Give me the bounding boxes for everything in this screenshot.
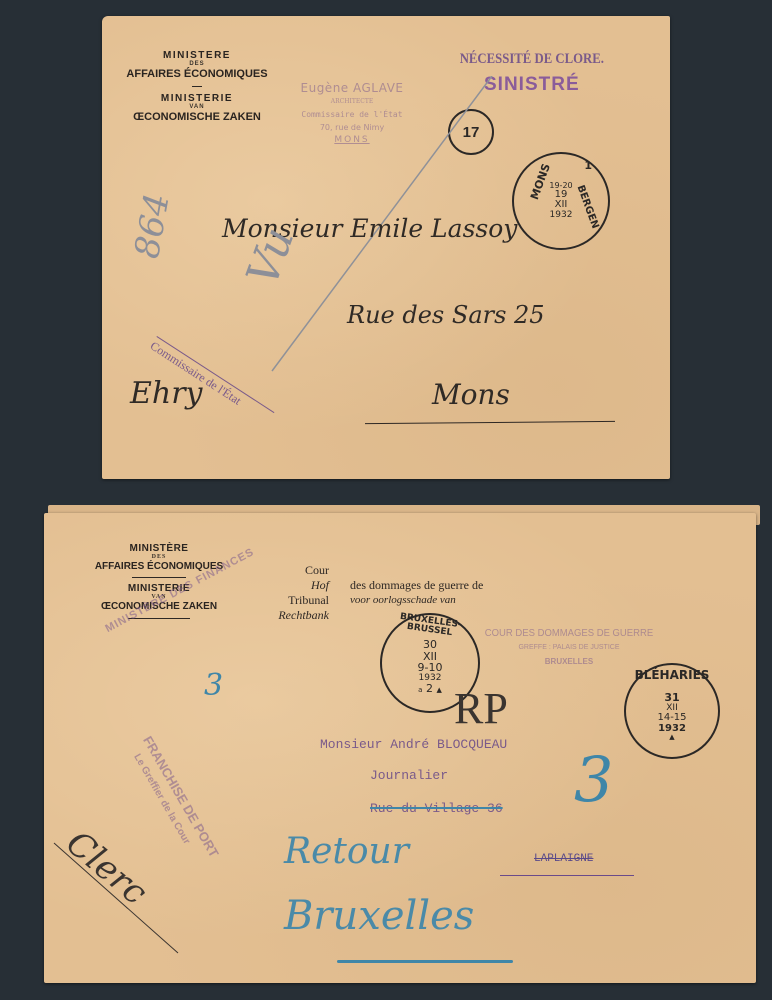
letterhead-top: MINISTERE DES AFFAIRES ÉCONOMIQUES MINIS… xyxy=(122,50,272,123)
letterhead-line: MINISTÈRE xyxy=(84,543,234,554)
return-note-line2: Bruxelles xyxy=(284,893,474,939)
court-header-right: des dommages de guerre de voor oorlogssc… xyxy=(350,578,483,608)
signature: Ehry xyxy=(130,376,203,411)
postmark-letter: a xyxy=(418,686,422,694)
divider xyxy=(192,86,202,87)
letterhead-line: ŒCONOMISCHE ZAKEN xyxy=(122,111,272,123)
letterhead-line: MINISTERE xyxy=(122,50,272,61)
postmark-office: 1 xyxy=(584,160,592,172)
court-hof: Hof xyxy=(249,578,329,593)
address-line2: Rue des Sars 25 xyxy=(347,301,545,329)
envelope-top: MINISTERE DES AFFAIRES ÉCONOMIQUES MINIS… xyxy=(102,16,670,479)
typed-address-line3: Rue du Village 36 xyxy=(370,801,503,816)
court-tribunal: Tribunal xyxy=(249,593,329,608)
court-rechtbank: Rechtbank xyxy=(249,608,329,623)
postmark-bleharies: BLÉHARIES 31 XII 14-15 1932 ▲ xyxy=(624,663,720,759)
return-note-line1: Retour xyxy=(284,831,409,872)
letterhead-line: DES xyxy=(84,554,234,560)
court-stamp-line2: GREFFE : PALAIS DE JUSTICE xyxy=(474,641,664,655)
postmark-town: BLÉHARIES xyxy=(626,669,718,682)
laplaigne-underline xyxy=(500,875,634,876)
postmark-year: 1932 xyxy=(550,211,573,220)
divider xyxy=(132,577,186,578)
postmark-office: a 2 ▲ xyxy=(418,683,442,695)
court-stamp-line1: COUR DES DOMMAGES DE GUERRE xyxy=(479,627,660,641)
postmark-triangle: ▲ xyxy=(669,734,674,741)
court-nl: voor oorlogsschade van xyxy=(350,593,483,608)
typed-address-line1: Monsieur André BLOCQUEAU xyxy=(320,737,507,752)
postmark-mons: MONS 19-20 19 XII 1932 BERGEN 1 xyxy=(512,152,610,250)
postmark-office-number: 2 xyxy=(426,682,433,695)
address-line3: Mons xyxy=(432,378,510,411)
postmark-side: BERGEN xyxy=(574,184,599,230)
typed-address-line2: Journalier xyxy=(370,768,448,783)
address-underline xyxy=(365,421,615,424)
court-header-left: Cour Hof Tribunal Rechtbank xyxy=(249,563,329,623)
letterhead-line: VAN xyxy=(122,104,272,110)
court-cour: Cour xyxy=(249,563,329,578)
pencil-number: 864 xyxy=(127,191,178,262)
blue-number-right: 3 xyxy=(574,743,613,816)
postmark-day: 30 xyxy=(423,639,437,651)
cachet-line1: NÉCESSITÉ DE CLORE. xyxy=(460,46,604,72)
typed-address-line4: LAPLAIGNE xyxy=(534,853,593,865)
letterhead-line: MINISTERIE xyxy=(84,583,234,594)
letterhead-line: DES xyxy=(122,61,272,67)
envelope-bottom: MINISTÈRE DES AFFAIRES ÉCONOMIQUES MINIS… xyxy=(44,513,756,983)
letterhead-line: AFFAIRES ÉCONOMIQUES xyxy=(122,68,272,80)
rp-mark: RP xyxy=(454,683,508,734)
court-stamp-line3: BRUXELLES xyxy=(474,655,664,669)
letterhead-line: MINISTERIE xyxy=(122,93,272,104)
blue-number-left: 3 xyxy=(204,668,223,703)
court-fr: des dommages de guerre de xyxy=(350,578,483,593)
court-stamp: COUR DES DOMMAGES DE GUERRE GREFFE : PAL… xyxy=(474,627,664,669)
return-underline xyxy=(337,960,513,963)
